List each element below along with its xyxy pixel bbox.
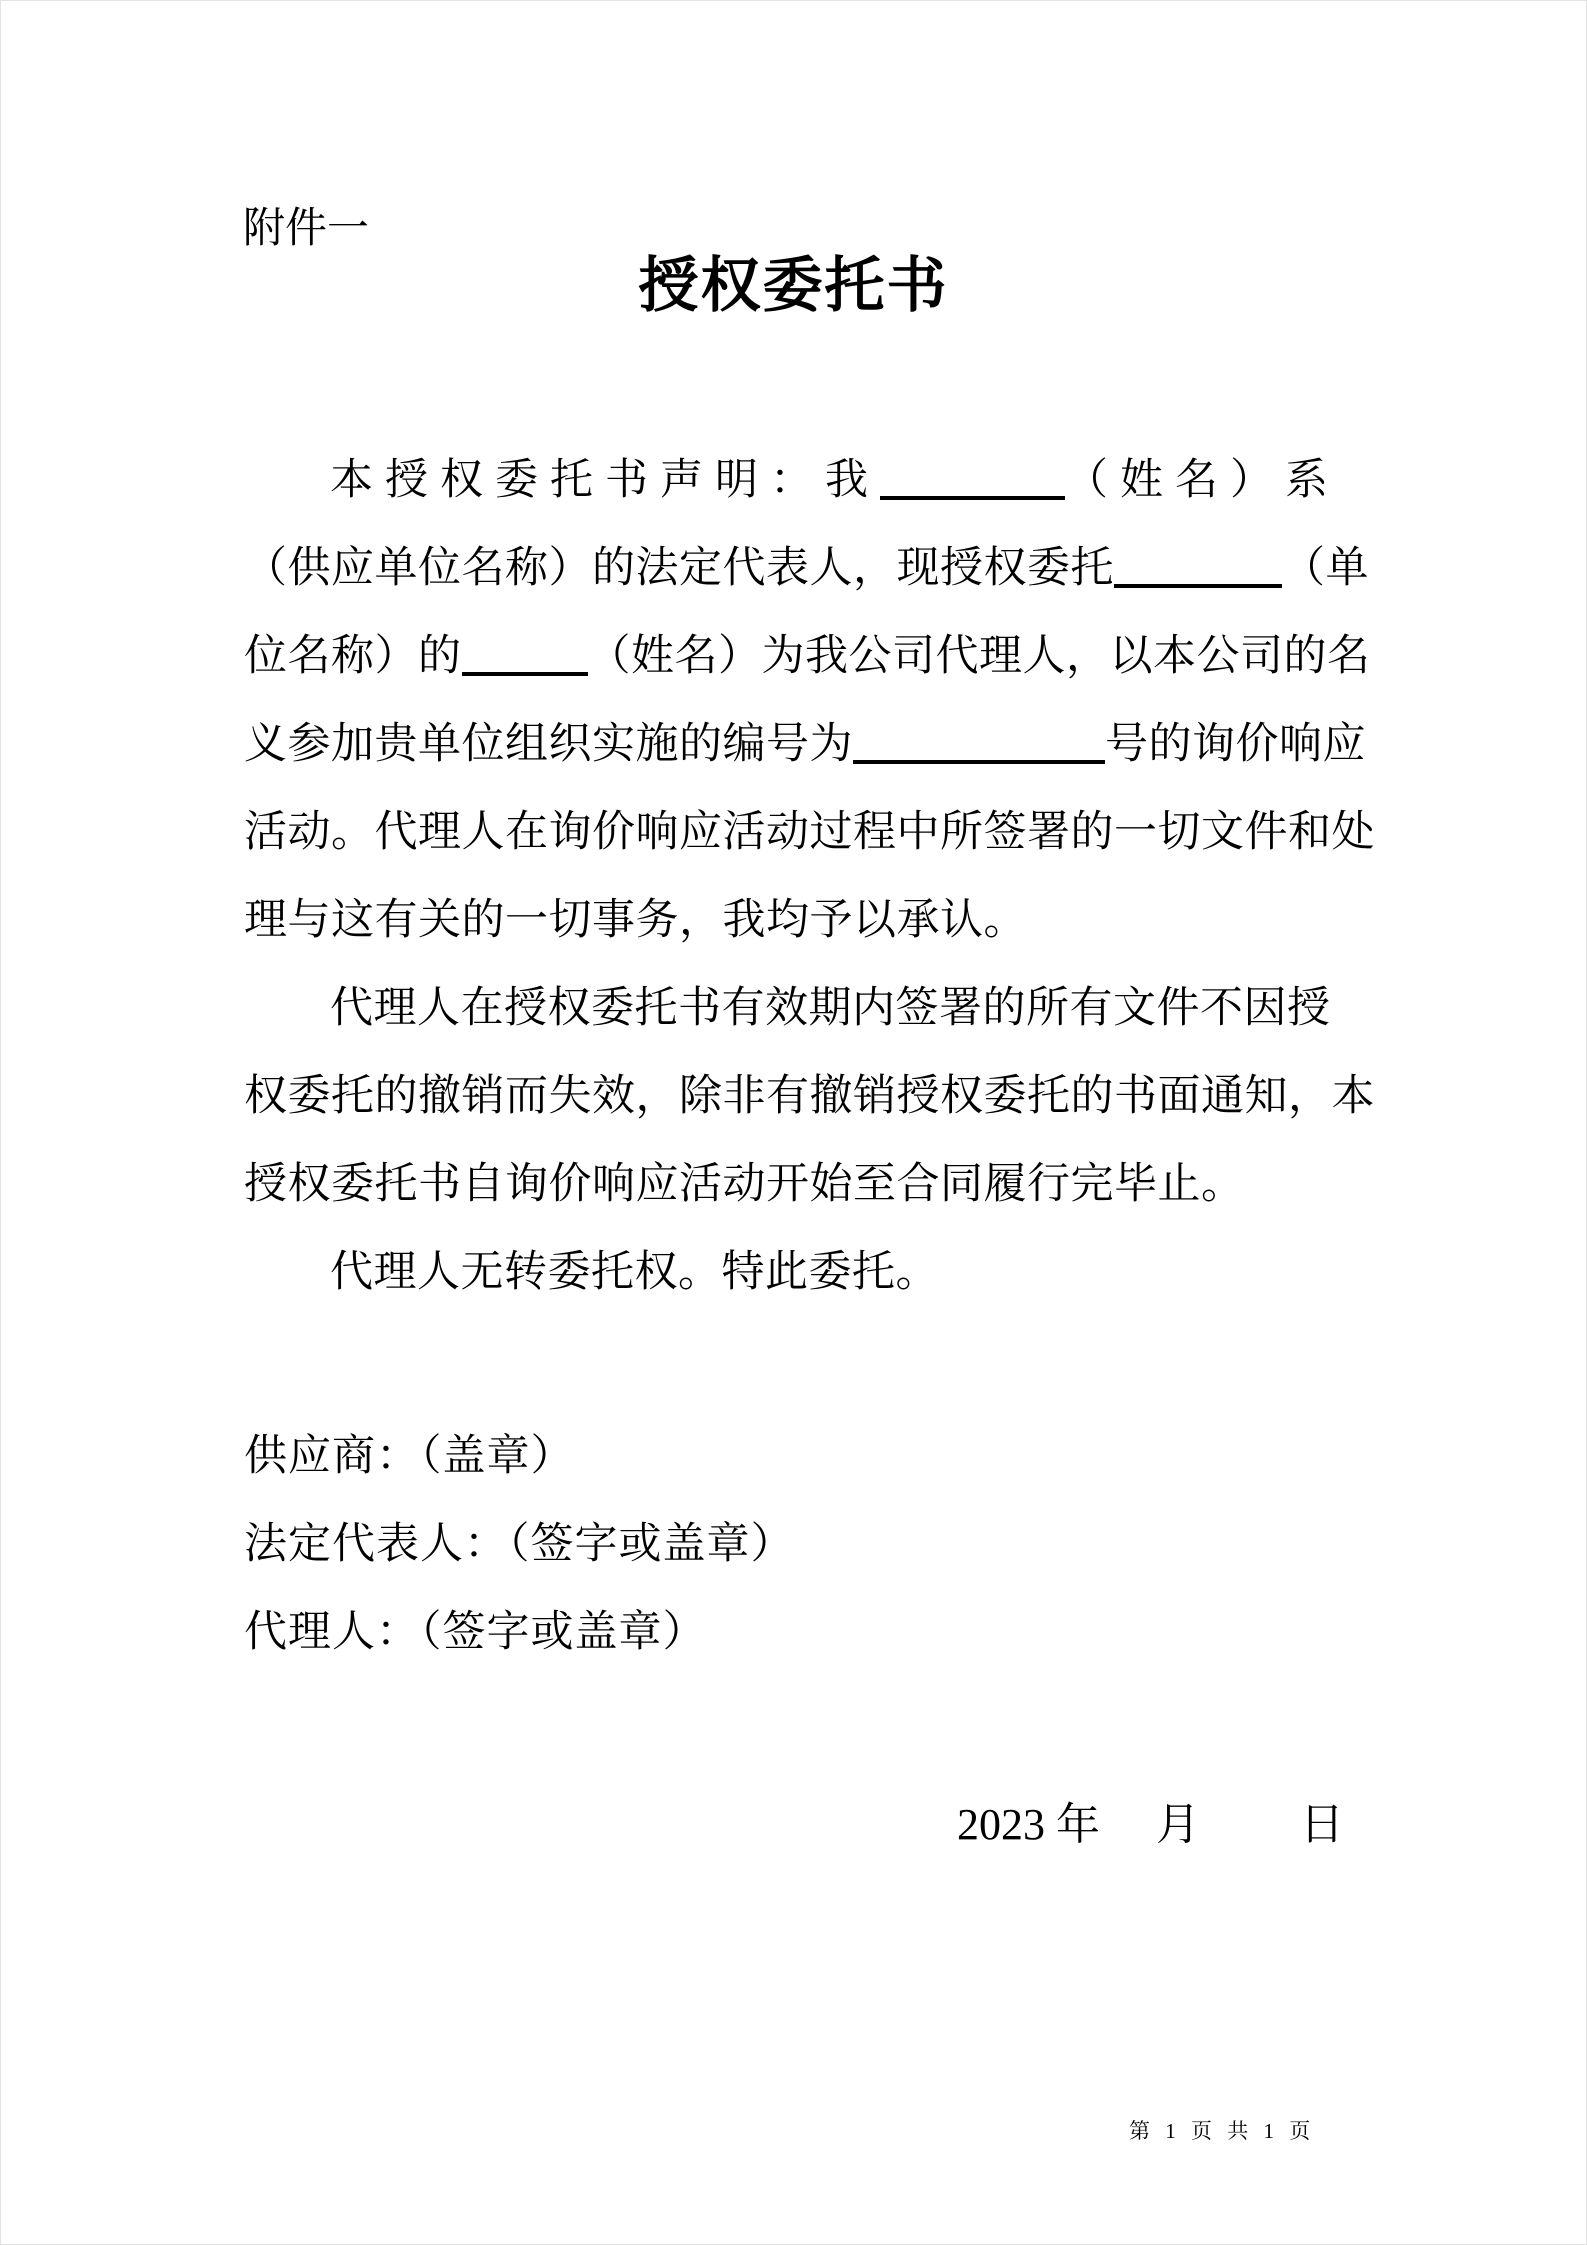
body-text: 代理人无转委托权。特此委托。 <box>330 1249 939 1296</box>
body-text: （单 <box>1282 545 1369 592</box>
supplier-signature-line: 供应商：（盖章） <box>244 1429 575 1485</box>
date-line: 2023 年月日 <box>957 1797 1344 1853</box>
document-page: 附件一 授权委托书 本授权委托书声明：我（姓名）系（供应单位名称）的法定代表人，… <box>0 0 1587 2245</box>
body-text: （姓名）为我公司代理人，以本公司的名 <box>588 633 1371 680</box>
body-line: 代理人在授权委托书有效期内签署的所有文件不因授 <box>244 981 1331 1037</box>
body-text: 义参加贵单位组织实施的编号为 <box>244 721 853 768</box>
body-text: 活动。代理人在询价响应活动过程中所签署的一切文件和处 <box>244 809 1375 856</box>
body-line: 权委托的撤销而失效，除非有撤销授权委托的书面通知，本 <box>244 1069 1375 1125</box>
body-text: （姓名）系 <box>1065 457 1340 504</box>
body-line: 理与这有关的一切事务，我均予以承认。 <box>244 893 1027 949</box>
body-paragraphs: 本授权委托书声明：我（姓名）系（供应单位名称）的法定代表人，现授权委托（单位名称… <box>244 1 1361 2244</box>
body-line: （供应单位名称）的法定代表人，现授权委托（单 <box>244 541 1369 597</box>
fill-in-blank <box>853 750 1105 764</box>
body-text: 代理人在授权委托书有效期内签署的所有文件不因授 <box>330 985 1331 1032</box>
page-number-footer: 第 1 页 共 1 页 <box>1129 2117 1315 2145</box>
body-text: 位名称）的 <box>244 633 462 680</box>
body-text: 本授权委托书声明：我 <box>330 457 880 504</box>
body-text: 理与这有关的一切事务，我均予以承认。 <box>244 897 1027 944</box>
body-line: 代理人无转委托权。特此委托。 <box>244 1245 939 1301</box>
date-day: 日 <box>1300 1800 1344 1849</box>
body-text: 权委托的撤销而失效，除非有撤销授权委托的书面通知，本 <box>244 1073 1375 1120</box>
body-text: 授权委托书自询价响应活动开始至合同履行完毕止。 <box>244 1161 1245 1208</box>
body-text: （供应单位名称）的法定代表人，现授权委托 <box>244 545 1114 592</box>
body-line: 位名称）的（姓名）为我公司代理人，以本公司的名 <box>244 629 1371 685</box>
body-text: 号的询价响应 <box>1105 721 1366 768</box>
body-line: 授权委托书自询价响应活动开始至合同履行完毕止。 <box>244 1157 1245 1213</box>
fill-in-blank <box>1114 574 1282 588</box>
body-line: 本授权委托书声明：我（姓名）系 <box>244 453 1340 509</box>
date-month: 月 <box>1156 1800 1200 1849</box>
fill-in-blank <box>880 486 1065 500</box>
body-line: 活动。代理人在询价响应活动过程中所签署的一切文件和处 <box>244 805 1375 861</box>
fill-in-blank <box>462 662 588 676</box>
date-year: 2023 年 <box>957 1800 1100 1849</box>
legal-representative-signature-line: 法定代表人：（签字或盖章） <box>244 1517 795 1573</box>
agent-signature-line: 代理人：（签字或盖章） <box>244 1605 707 1661</box>
body-line: 义参加贵单位组织实施的编号为号的询价响应 <box>244 717 1366 773</box>
